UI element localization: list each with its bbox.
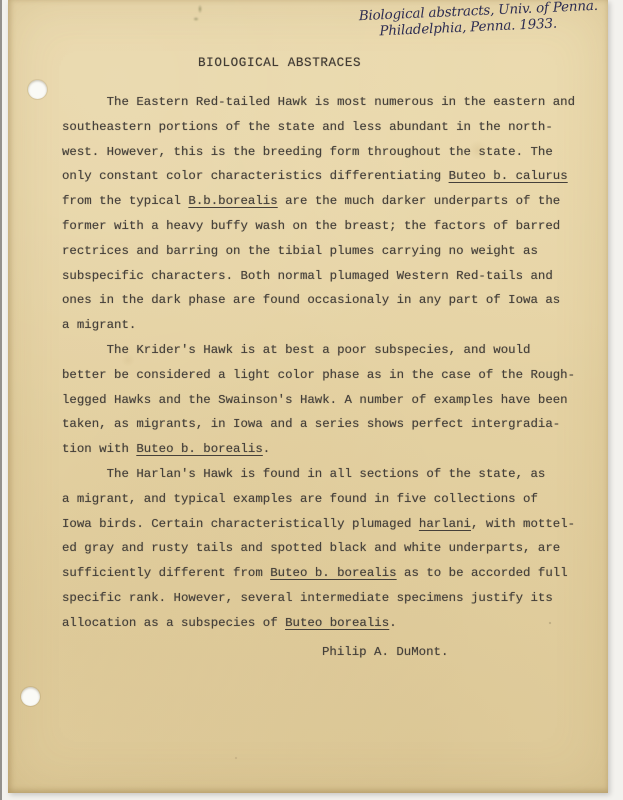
punch-hole-top: [28, 80, 47, 99]
text-line: ones in the dark phase are found occasio…: [62, 288, 575, 313]
faint-pencil-mark: [186, 3, 208, 25]
underlined-taxon: Buteo b. calurus: [449, 169, 568, 183]
text-line: ed gray and rusty tails and spotted blac…: [62, 536, 575, 561]
underlined-taxon: Buteo b. borealis: [136, 442, 262, 456]
scanner-edge-line: [0, 0, 2, 800]
text-line: southeastern portions of the state and l…: [62, 115, 575, 140]
text-line: specific rank. However, several intermed…: [62, 586, 575, 611]
text-line: The Harlan's Hawk is found in all sectio…: [62, 462, 575, 487]
signature: Philip A. DuMont.: [322, 645, 448, 659]
underlined-taxon: harlani: [419, 517, 471, 531]
text-line: west. However, this is the breeding form…: [62, 140, 575, 165]
punch-hole-bottom: [21, 687, 40, 706]
text-line: tion with Buteo b. borealis.: [62, 437, 575, 462]
text-line: taken, as migrants, in Iowa and a series…: [62, 412, 575, 437]
text-line: The Krider's Hawk is at best a poor subs…: [62, 338, 575, 363]
page-title: BIOLOGICAL ABSTRACES: [198, 56, 361, 70]
text-line: The Eastern Red-tailed Hawk is most nume…: [62, 90, 575, 115]
text-line: rectrices and barring on the tibial plum…: [62, 239, 575, 264]
text-line: former with a heavy buffy wash on the br…: [62, 214, 575, 239]
text-line: only constant color characteristics diff…: [62, 164, 575, 189]
handwritten-note: Biological abstracts, Univ. of Penna. Ph…: [358, 0, 598, 40]
document-body: The Eastern Red-tailed Hawk is most nume…: [62, 90, 575, 636]
text-line: subspecific characters. Both normal plum…: [62, 264, 575, 289]
underlined-taxon: Buteo borealis: [285, 616, 389, 630]
text-line: better be considered a light color phase…: [62, 363, 575, 388]
text-line: sufficiently different from Buteo b. bor…: [62, 561, 575, 586]
text-line: from the typical B.b.borealis are the mu…: [62, 189, 575, 214]
text-line: a migrant, and typical examples are foun…: [62, 487, 575, 512]
text-line: legged Hawks and the Swainson's Hawk. A …: [62, 388, 575, 413]
underlined-taxon: Buteo b. borealis: [270, 566, 396, 580]
text-line: allocation as a subspecies of Buteo bore…: [62, 611, 575, 636]
paper-sheet: Biological abstracts, Univ. of Penna. Ph…: [8, 0, 608, 793]
text-line: a migrant.: [62, 313, 575, 338]
scan-background: Biological abstracts, Univ. of Penna. Ph…: [0, 0, 623, 800]
text-line: Iowa birds. Certain characteristically p…: [62, 512, 575, 537]
underlined-taxon: B.b.borealis: [188, 194, 277, 208]
